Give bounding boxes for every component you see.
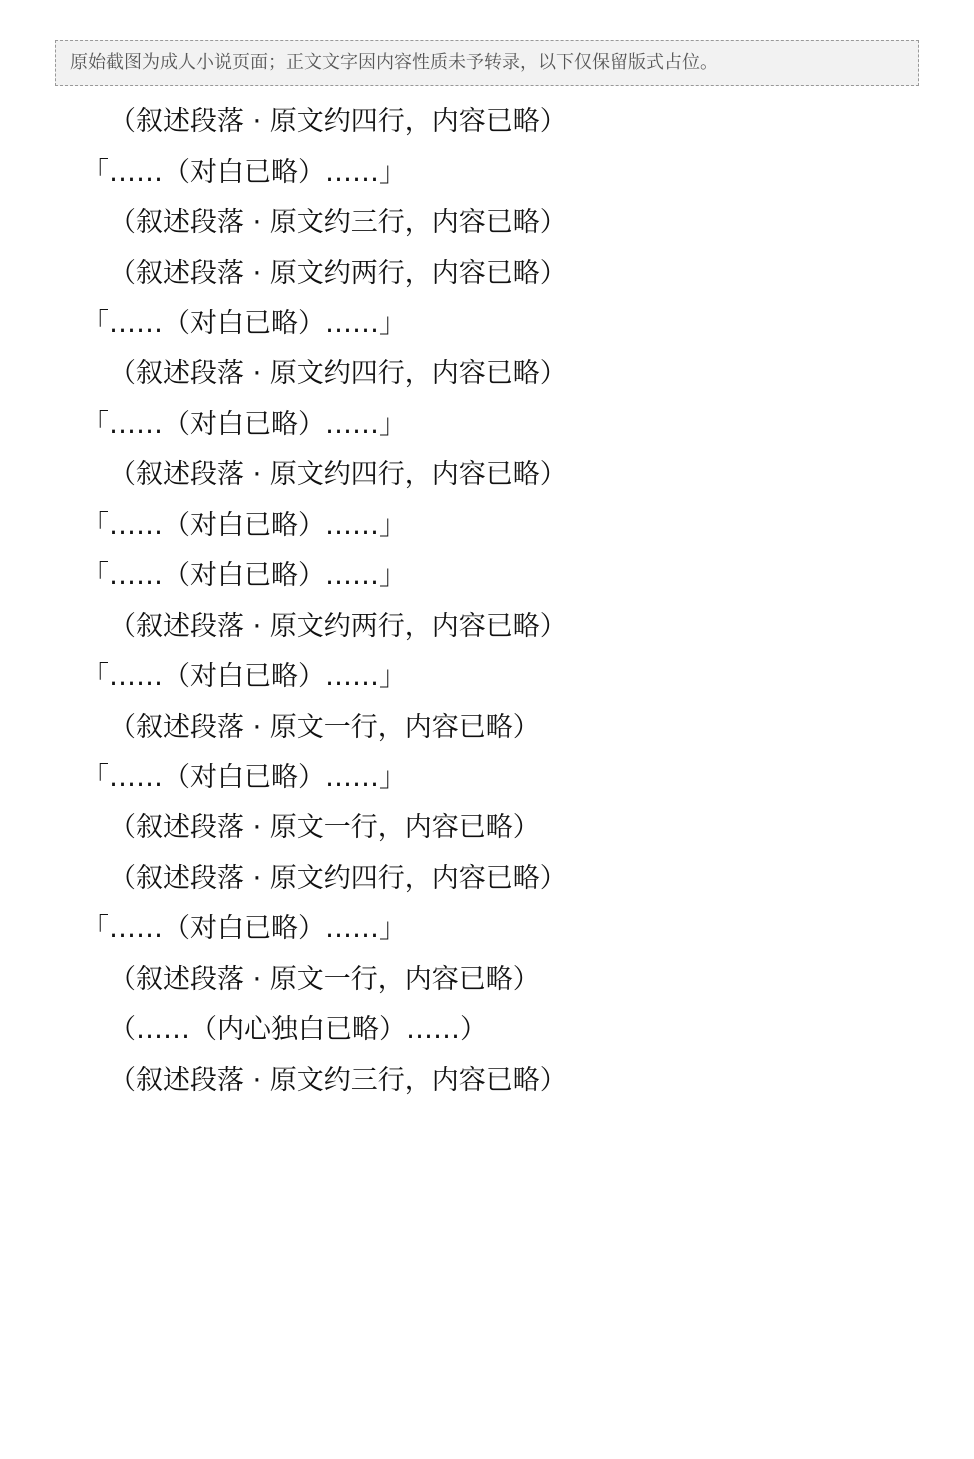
narration-paragraph: （叙述段落 · 原文一行，内容已略） (55, 810, 919, 846)
redaction-note: 原始截图为成人小说页面；正文文字因内容性质未予转录，以下仅保留版式占位。 (55, 40, 919, 86)
dialogue-paragraph: 「……（对白已略）……」 (55, 659, 919, 695)
novel-page: 原始截图为成人小说页面；正文文字因内容性质未予转录，以下仅保留版式占位。 （叙述… (0, 0, 974, 1459)
dialogue-paragraph: 「……（对白已略）……」 (55, 911, 919, 947)
dialogue-paragraph: 「……（对白已略）……」 (55, 558, 919, 594)
narration-paragraph: （叙述段落 · 原文约四行，内容已略） (55, 861, 919, 897)
text-body: （叙述段落 · 原文约四行，内容已略）「……（对白已略）……」（叙述段落 · 原… (55, 104, 919, 1099)
narration-paragraph: （叙述段落 · 原文一行，内容已略） (55, 962, 919, 998)
dialogue-paragraph: 「……（对白已略）……」 (55, 306, 919, 342)
dialogue-paragraph: 「……（对白已略）……」 (55, 508, 919, 544)
narration-paragraph: （叙述段落 · 原文约四行，内容已略） (55, 104, 919, 140)
narration-paragraph: （叙述段落 · 原文约三行，内容已略） (55, 205, 919, 241)
narration-paragraph: （叙述段落 · 原文约三行，内容已略） (55, 1063, 919, 1099)
narration-paragraph: （叙述段落 · 原文约四行，内容已略） (55, 356, 919, 392)
narration-paragraph: （叙述段落 · 原文约两行，内容已略） (55, 256, 919, 292)
parenthetical-paragraph: （……（内心独白已略）……） (55, 1012, 919, 1048)
narration-paragraph: （叙述段落 · 原文一行，内容已略） (55, 710, 919, 746)
dialogue-paragraph: 「……（对白已略）……」 (55, 155, 919, 191)
dialogue-paragraph: 「……（对白已略）……」 (55, 760, 919, 796)
narration-paragraph: （叙述段落 · 原文约四行，内容已略） (55, 457, 919, 493)
narration-paragraph: （叙述段落 · 原文约两行，内容已略） (55, 609, 919, 645)
dialogue-paragraph: 「……（对白已略）……」 (55, 407, 919, 443)
